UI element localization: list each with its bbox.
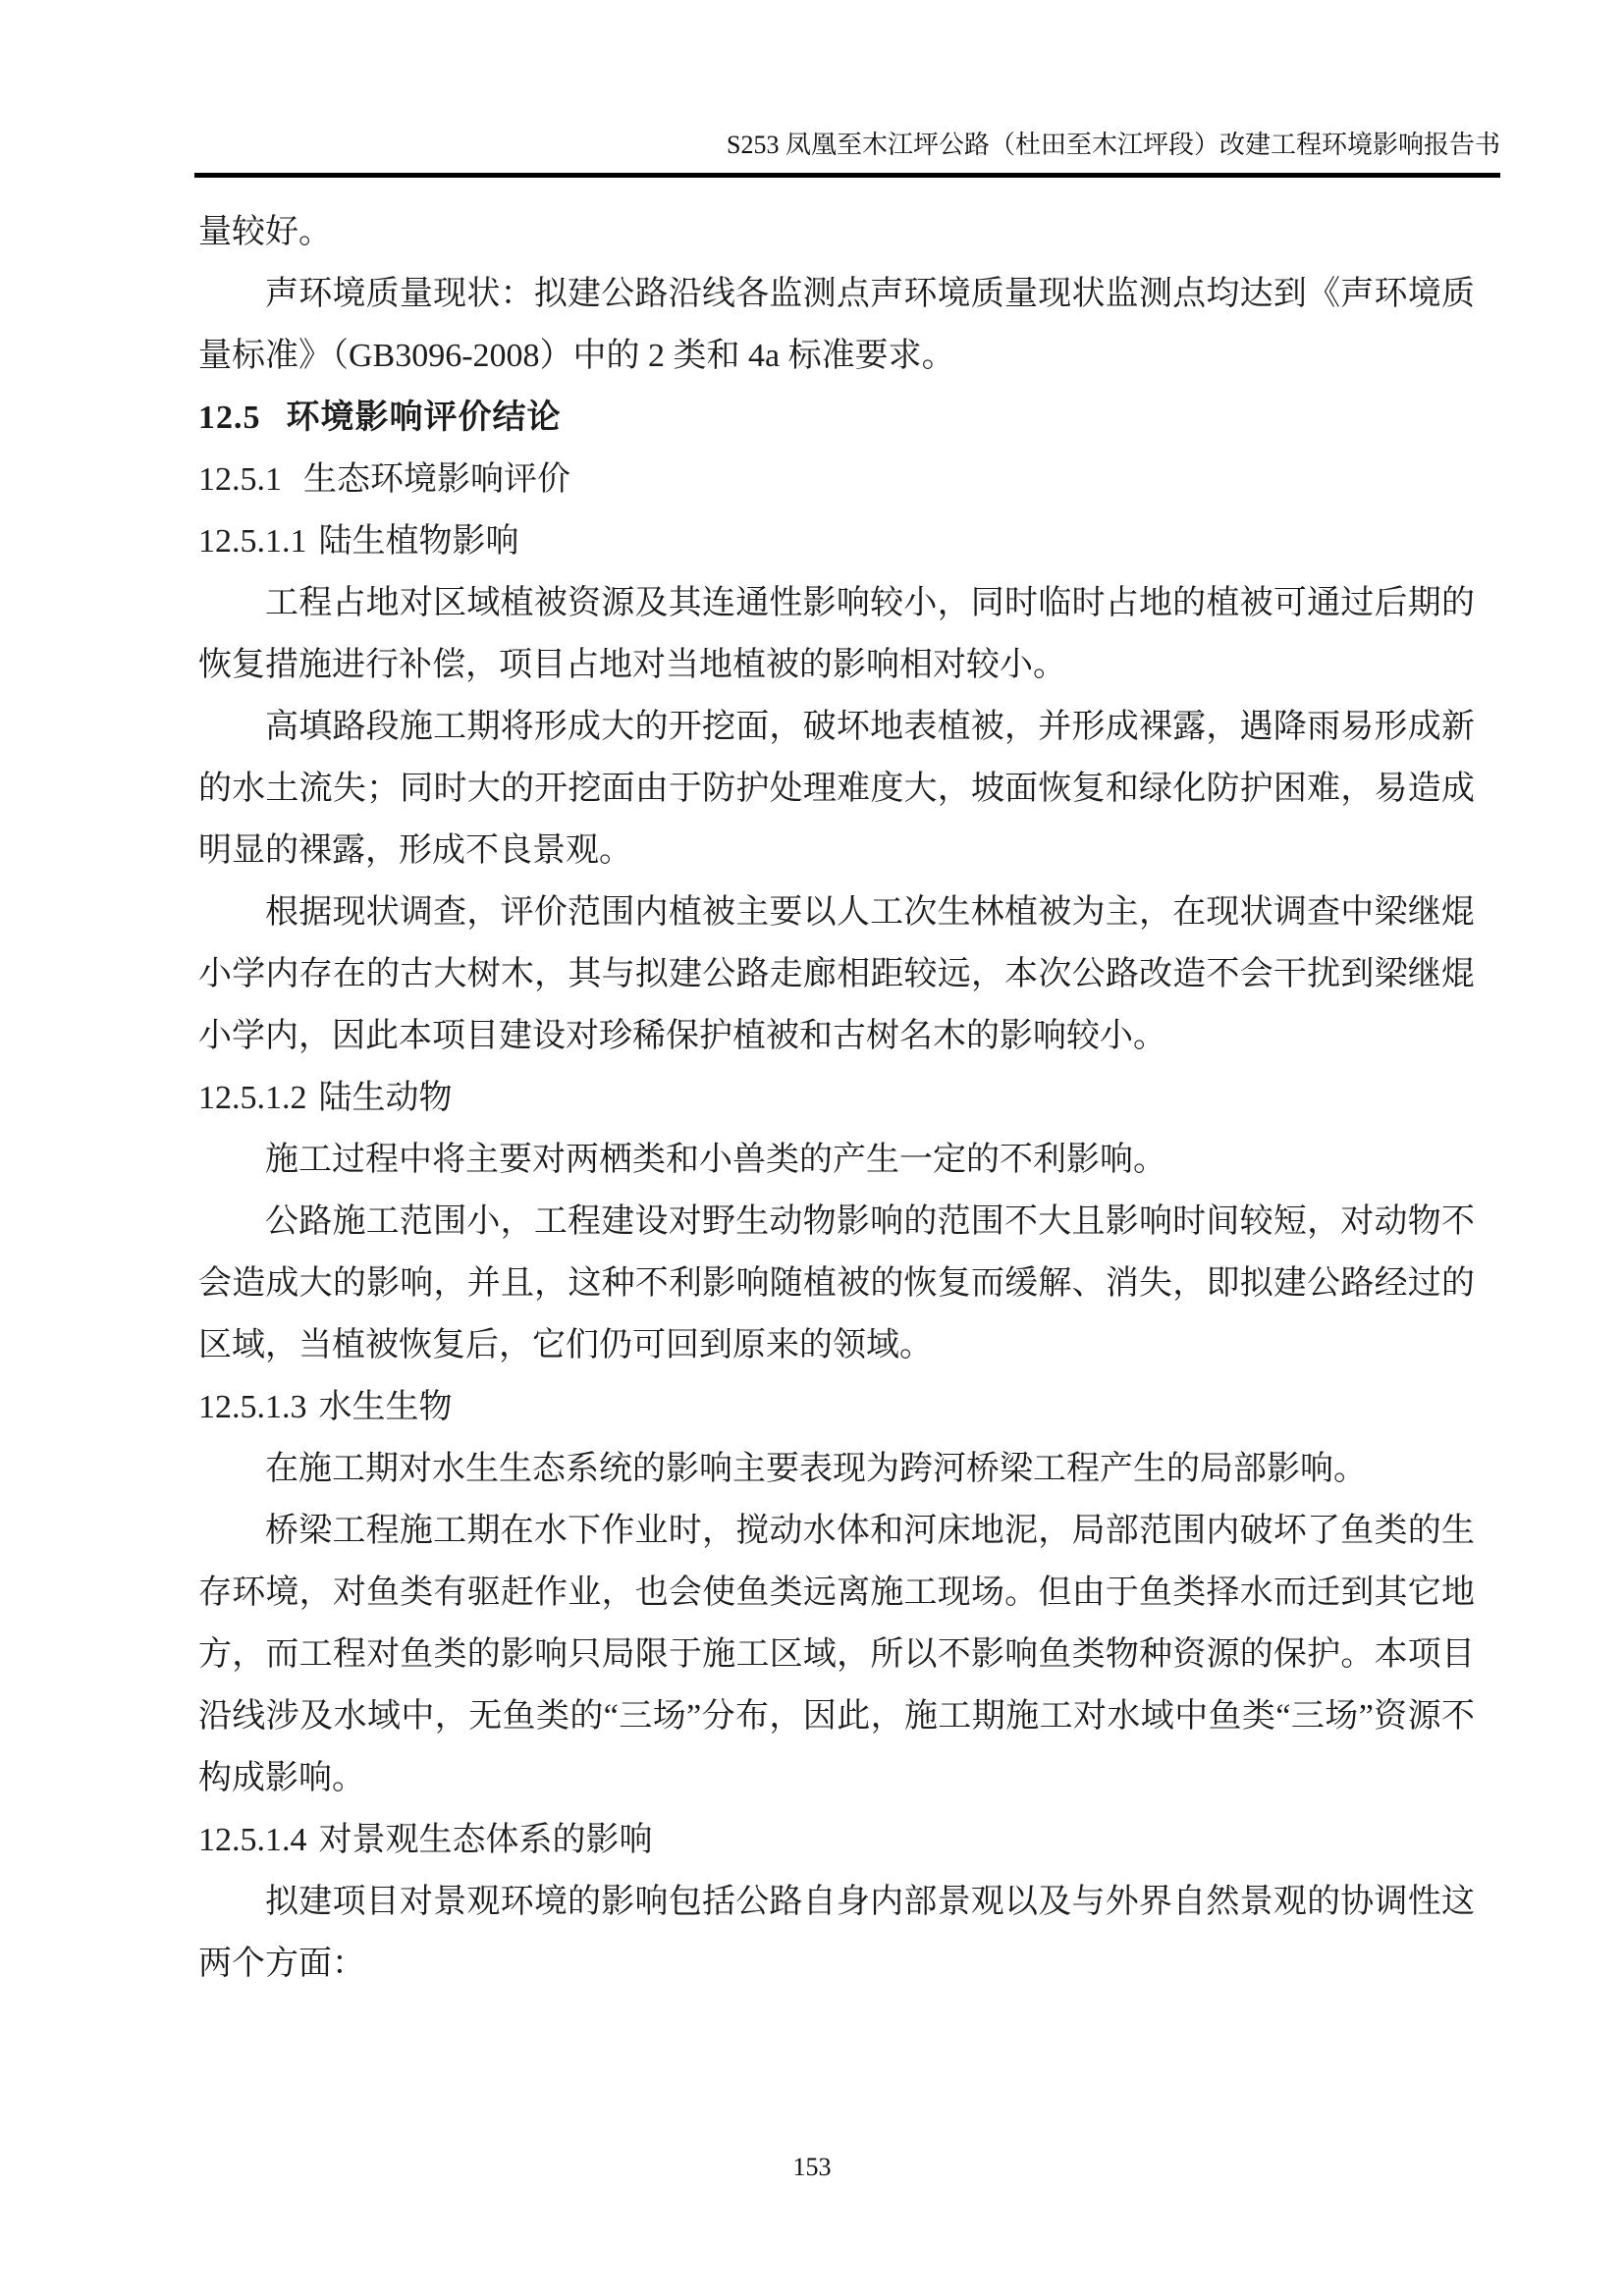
page-number: 153	[0, 2152, 1624, 2183]
header-rule	[194, 173, 1500, 178]
section-heading-12-5-1-2: 12.5.1.2陆生动物	[198, 1067, 1475, 1129]
heading-text: 陆生植物影响	[319, 523, 519, 560]
heading-text: 对景观生态体系的影响	[319, 1822, 653, 1858]
heading-number: 12.5.1.2	[198, 1067, 307, 1129]
paragraph: 高填路段施工期将形成大的开挖面，破坏地表植被，并形成裸露，遇降雨易形成新的水土流…	[198, 696, 1475, 881]
paragraph-continuation: 量较好。	[198, 201, 1475, 263]
section-heading-12-5-1-1: 12.5.1.1陆生植物影响	[198, 510, 1475, 572]
section-heading-12-5-1-4: 12.5.1.4对景观生态体系的影响	[198, 1809, 1475, 1871]
paragraph: 桥梁工程施工期在水下作业时，搅动水体和河床地泥，局部范围内破坏了鱼类的生存环境，…	[198, 1500, 1475, 1809]
section-heading-12-5-1: 12.5.1生态环境影响评价	[198, 449, 1475, 510]
paragraph: 公路施工范围小，工程建设对野生动物影响的范围不大且影响时间较短，对动物不会造成大…	[198, 1191, 1475, 1376]
paragraph: 工程占地对区域植被资源及其连通性影响较小，同时临时占地的植被可通过后期的恢复措施…	[198, 572, 1475, 696]
heading-number: 12.5.1.1	[198, 510, 307, 572]
section-heading-12-5-1-3: 12.5.1.3水生生物	[198, 1376, 1475, 1438]
heading-number: 12.5.1	[198, 449, 282, 510]
heading-text: 陆生动物	[319, 1080, 453, 1116]
running-header-title: S253 凤凰至木江坪公路（杜田至木江坪段）改建工程环境影响报告书	[194, 129, 1500, 162]
paragraph: 在施工期对水生生态系统的影响主要表现为跨河桥梁工程产生的局部影响。	[198, 1438, 1475, 1500]
heading-number: 12.5.1.4	[198, 1809, 307, 1871]
paragraph: 根据现状调查，评价范围内植被主要以人工次生林植被为主，在现状调查中梁继焜小学内存…	[198, 881, 1475, 1067]
heading-text: 环境影响评价结论	[287, 400, 562, 436]
paragraph: 拟建项目对景观环境的影响包括公路自身内部景观以及与外界自然景观的协调性这两个方面…	[198, 1871, 1475, 1995]
paragraph: 施工过程中将主要对两栖类和小兽类的产生一定的不利影响。	[198, 1129, 1475, 1191]
section-heading-12-5: 12.5环境影响评价结论	[198, 387, 1475, 449]
heading-number: 12.5	[198, 387, 261, 449]
document-body: 量较好。 声环境质量现状：拟建公路沿线各监测点声环境质量现状监测点均达到《声环境…	[198, 201, 1475, 1995]
heading-text: 生态环境影响评价	[303, 461, 570, 498]
paragraph: 声环境质量现状：拟建公路沿线各监测点声环境质量现状监测点均达到《声环境质量标准》…	[198, 263, 1475, 387]
heading-text: 水生生物	[319, 1389, 453, 1425]
document-page: S253 凤凰至木江坪公路（杜田至木江坪段）改建工程环境影响报告书 量较好。 声…	[0, 0, 1624, 2296]
heading-number: 12.5.1.3	[198, 1376, 307, 1438]
